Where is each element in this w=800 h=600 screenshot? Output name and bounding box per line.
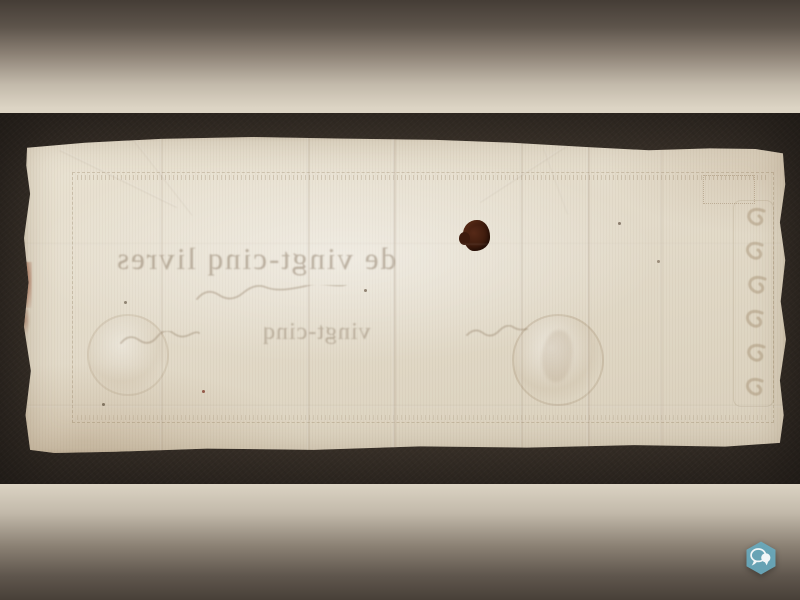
wax-spot — [463, 220, 490, 251]
banknote-photo: de vingt-cinq livres vingt-cinq — [0, 113, 800, 484]
chat-bubbles-icon — [746, 563, 776, 578]
show-through-text-small: vingt-cinq — [262, 319, 371, 346]
embossed-scroll-ornaments — [733, 200, 774, 407]
edge-stain — [22, 262, 32, 308]
page-background: de vingt-cinq livres vingt-cinq — [0, 0, 800, 600]
embossed-dry-seal-left — [87, 314, 169, 396]
show-through-text-large: de vingt-cinq livres — [115, 241, 396, 277]
embossed-border-frame — [72, 172, 774, 423]
chat-button[interactable] — [746, 541, 776, 575]
show-through-script — [192, 285, 362, 307]
show-through-script — [117, 331, 201, 349]
edge-stain-small — [23, 309, 30, 335]
assignat-paper: de vingt-cinq livres vingt-cinq — [24, 137, 786, 453]
